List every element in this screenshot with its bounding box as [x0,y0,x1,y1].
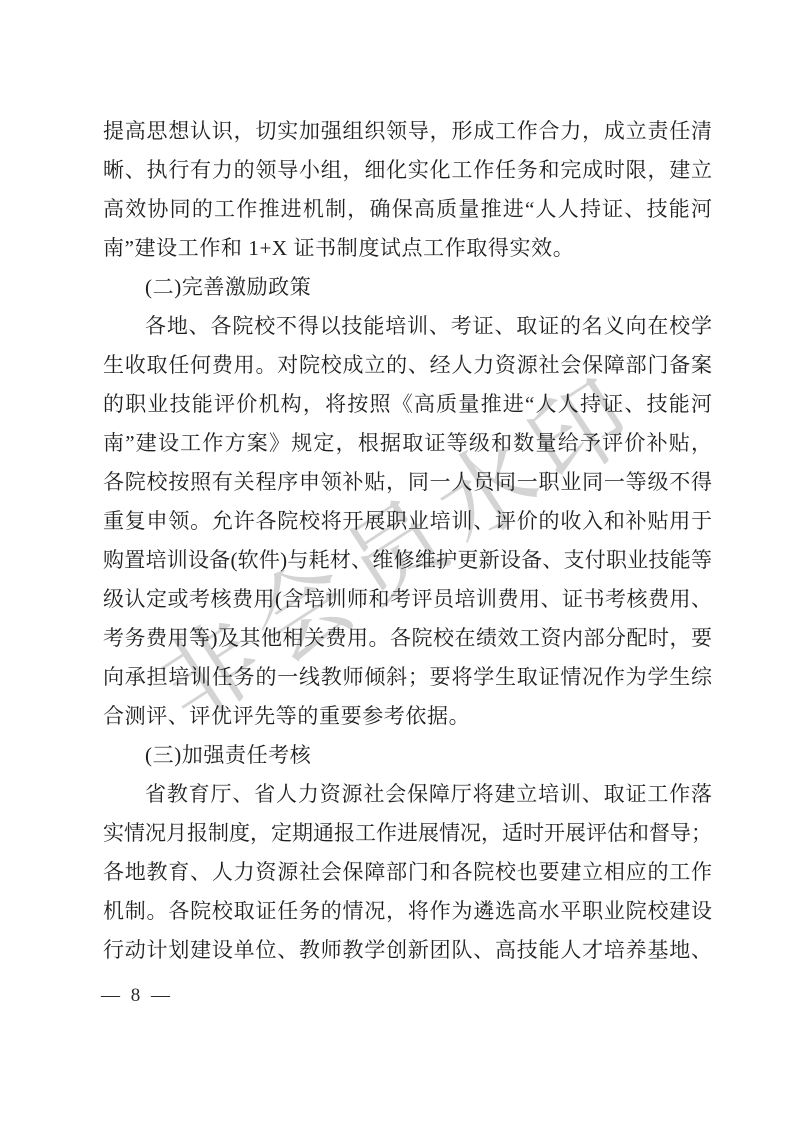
text-line: 合测评、评优评先等的重要参考依据。 [103,697,712,736]
text-line: 南”建设工作方案》规定，根据取证等级和数量给予评价补贴， [103,424,712,463]
text-line: 生收取任何费用。对院校成立的、经人力资源社会保障部门备案 [103,346,712,385]
text-line: (三)加强责任考核 [103,736,712,775]
text-line: 实情况月报制度，定期通报工作进展情况，适时开展评估和督导； [103,814,712,853]
text-line: 的职业技能评价机构，将按照《高质量推进“人人持证、技能河 [103,385,712,424]
text-line: 重复申领。允许各院校将开展职业培训、评价的收入和补贴用于 [103,502,712,541]
text-line: 考务费用等)及其他相关费用。各院校在绩效工资内部分配时，要 [103,619,712,658]
text-line: 购置培训设备(软件)与耗材、维修维护更新设备、支付职业技能等 [103,541,712,580]
text-line: 省教育厅、省人力资源社会保障厅将建立培训、取证工作落 [103,775,712,814]
text-line: 行动计划建设单位、教师教学创新团队、高技能人才培养基地、 [103,931,712,970]
document-page: 非会员水印 提高思想认识，切实加强组织领导，形成工作合力，成立责任清晰、执行有力… [0,0,794,1123]
page-number: — 8 — [101,984,173,1008]
text-line: 向承担培训任务的一线教师倾斜；要将学生取证情况作为学生综 [103,658,712,697]
text-line: 级认定或考核费用(含培训师和考评员培训费用、证书考核费用、 [103,580,712,619]
text-line: 各地教育、人力资源社会保障部门和各院校也要建立相应的工作 [103,853,712,892]
text-line: 高效协同的工作推进机制，确保高质量推进“人人持证、技能河 [103,190,712,229]
text-line: 提高思想认识，切实加强组织领导，形成工作合力，成立责任清 [103,112,712,151]
text-line: (二)完善激励政策 [103,268,712,307]
text-line: 晰、执行有力的领导小组，细化实化工作任务和完成时限，建立 [103,151,712,190]
text-line: 各院校按照有关程序申领补贴，同一人员同一职业同一等级不得 [103,463,712,502]
document-body: 提高思想认识，切实加强组织领导，形成工作合力，成立责任清晰、执行有力的领导小组，… [103,112,712,970]
text-line: 各地、各院校不得以技能培训、考证、取证的名义向在校学 [103,307,712,346]
text-line: 机制。各院校取证任务的情况，将作为遴选高水平职业院校建设 [103,892,712,931]
text-line: 南”建设工作和 1+X 证书制度试点工作取得实效。 [103,229,712,268]
